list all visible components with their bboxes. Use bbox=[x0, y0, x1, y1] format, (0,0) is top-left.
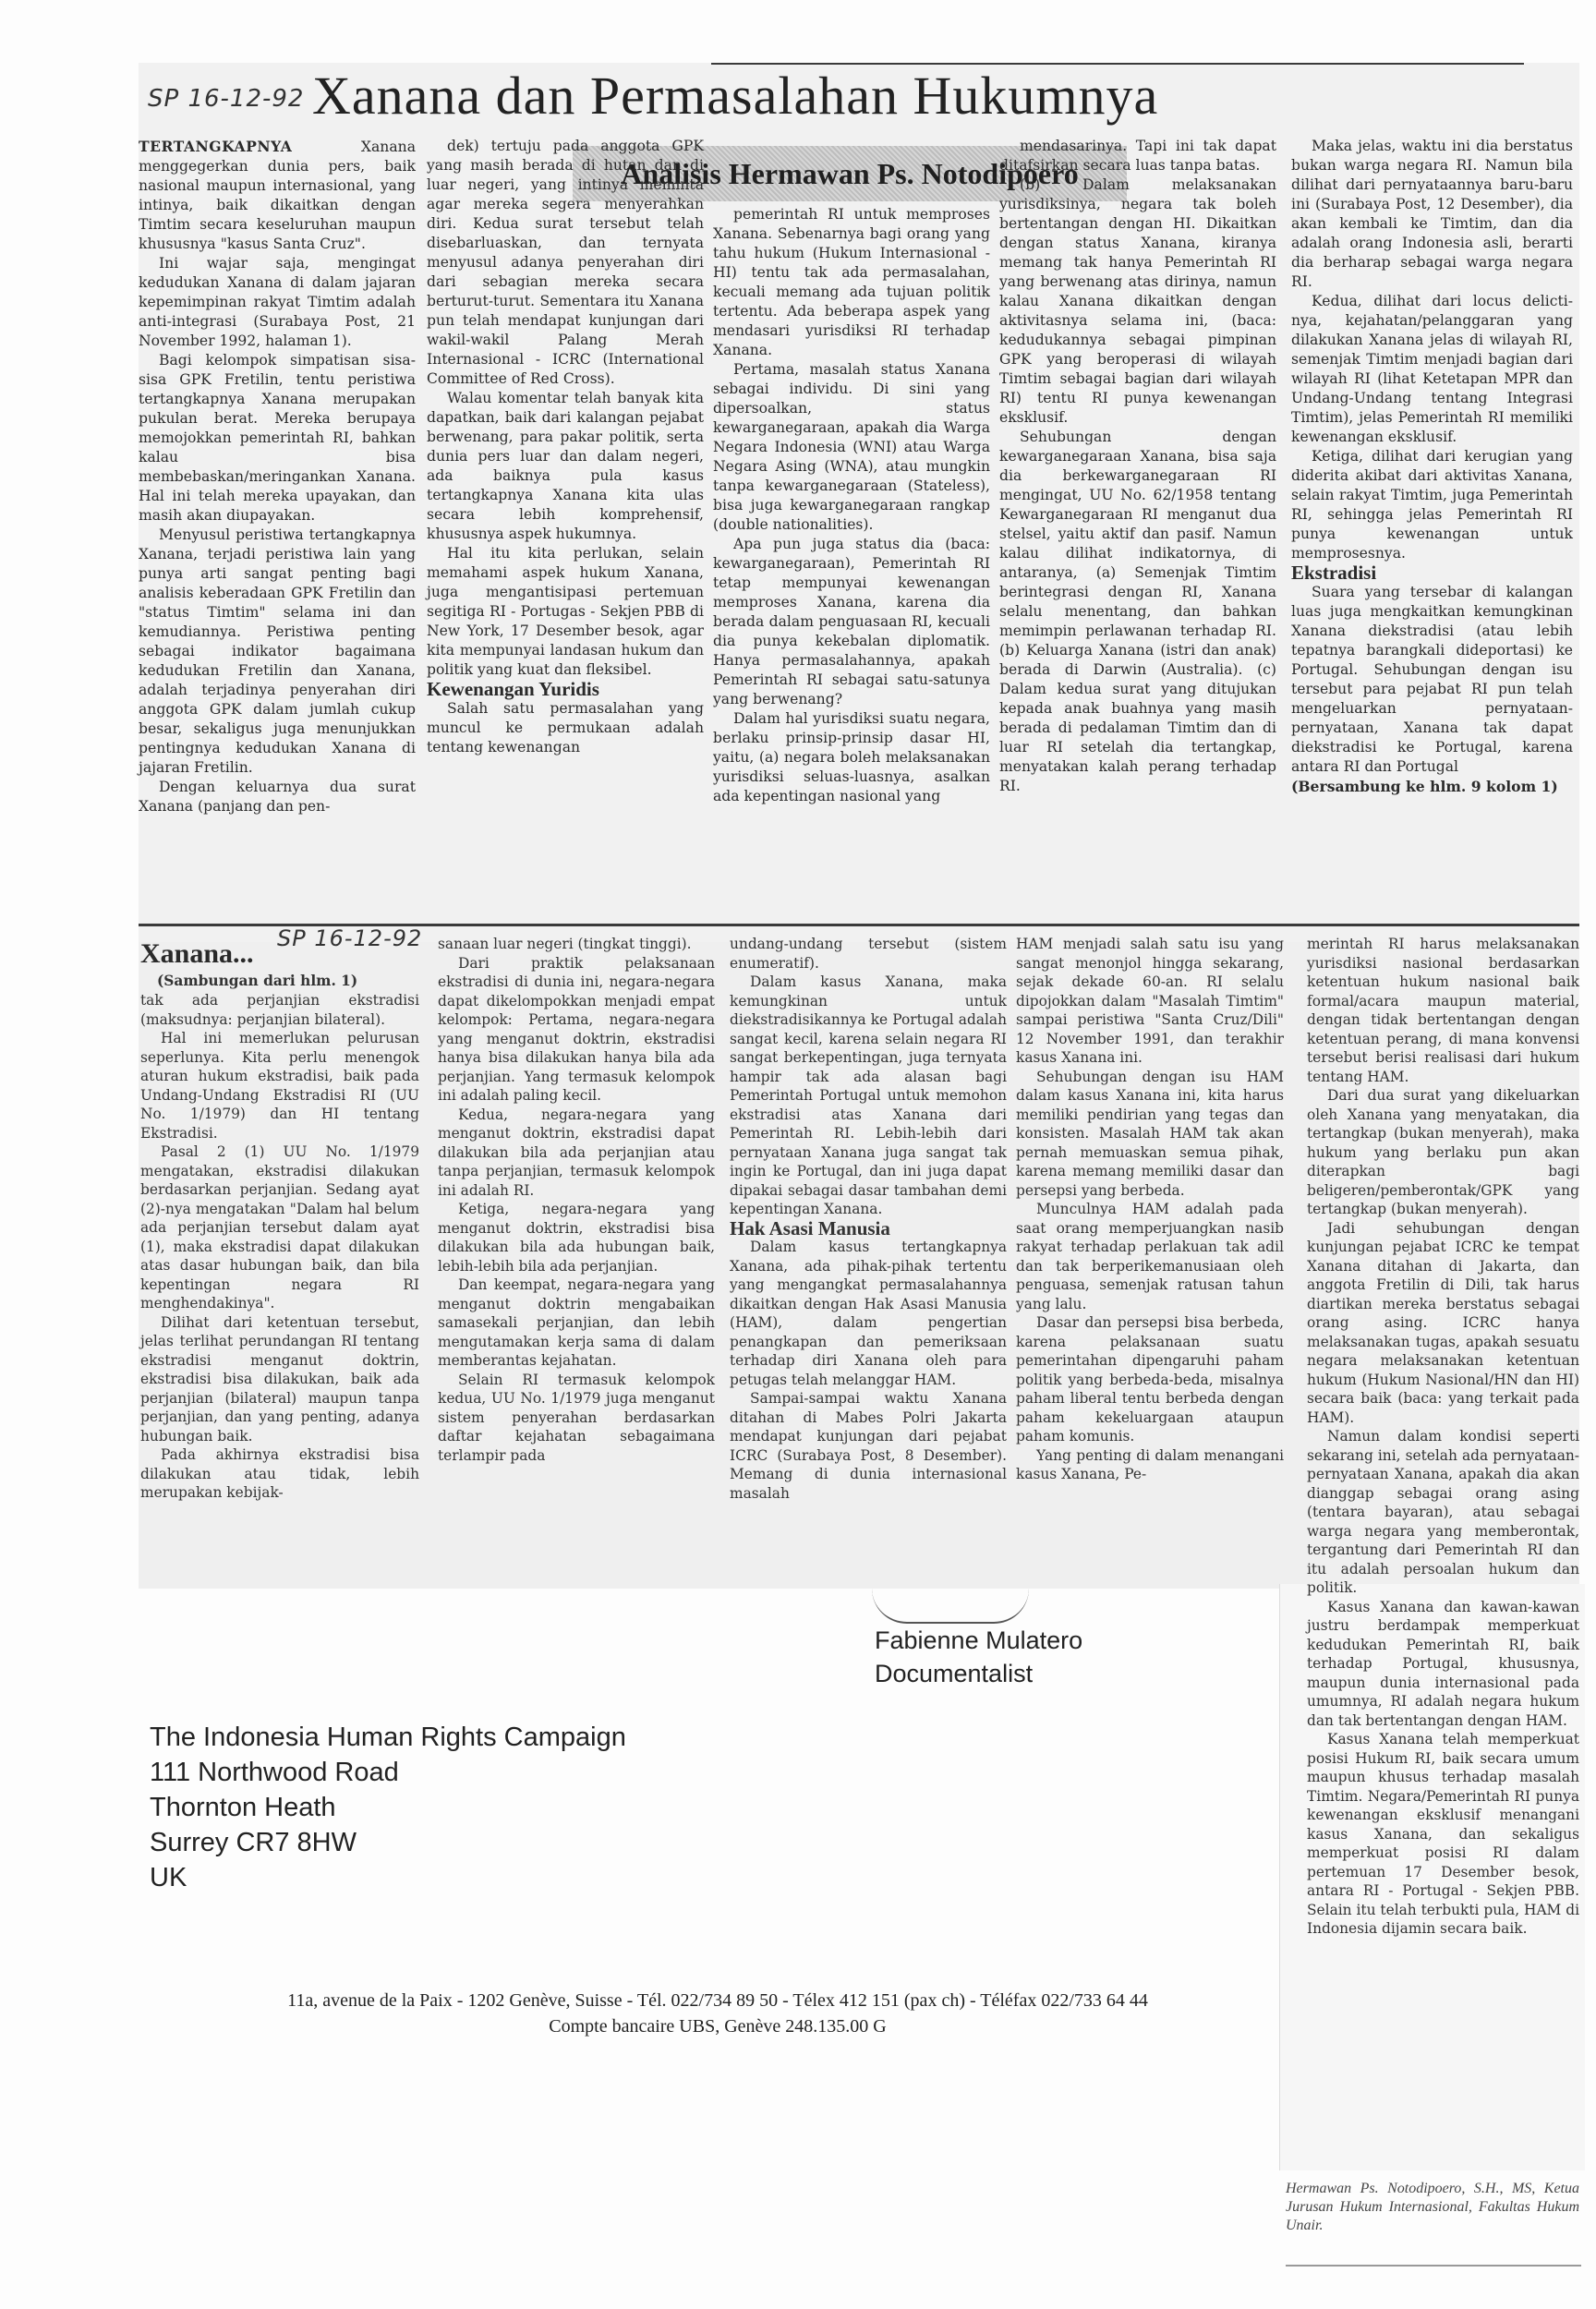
lead-word: TERTANGKAPNYA bbox=[139, 138, 292, 155]
handwritten-date-top: SP 16-12-92 bbox=[148, 85, 304, 113]
article-paragraph: Hal ini memerlukan pelurusan seperlunya.… bbox=[140, 1029, 419, 1142]
continuation-subtitle-wrap: (Sambungan dari hlm. 1) bbox=[157, 972, 425, 991]
article-column-2: dek) tertuju pada anggota GPK yang masih… bbox=[427, 137, 704, 757]
address-line-1: The Indonesia Human Rights Campaign bbox=[150, 1720, 626, 1755]
article-paragraph: Dan keempat, negara-negara yang menganut… bbox=[438, 1275, 715, 1371]
article-paragraph: Bagi kelompok simpatisan sisa-sisa GPK F… bbox=[139, 351, 416, 526]
article-paragraph: Ini wajar saja, mengingat kedudukan Xana… bbox=[139, 254, 416, 351]
continued-note: (Bersambung ke hlm. 9 kolom 1) bbox=[1291, 777, 1573, 796]
signature-block: Fabienne Mulatero Documentalist bbox=[875, 1624, 1082, 1690]
article-paragraph: merintah RI harus melaksanakan yurisdiks… bbox=[1307, 935, 1579, 1086]
article-paragraph: Dilihat dari ketentuan tersebut, jelas t… bbox=[140, 1313, 419, 1446]
section-heading: Hak Asasi Manusia bbox=[730, 1219, 1007, 1239]
article-paragraph: Kedua, negara-negara yang menganut doktr… bbox=[438, 1106, 715, 1201]
continuation-subtitle: (Sambungan dari hlm. 1) bbox=[157, 972, 425, 991]
article-paragraph: Kedua, dilihat dari locus delicti-nya, k… bbox=[1291, 292, 1573, 447]
headline: Xanana dan Permasalahan Hukumnya bbox=[312, 65, 1158, 127]
article-paragraph: Selain RI termasuk kelompok kedua, UU No… bbox=[438, 1371, 715, 1466]
section-heading: Ekstradisi bbox=[1291, 563, 1573, 583]
continuation-column-5: merintah RI harus melaksanakan yurisdiks… bbox=[1307, 935, 1579, 1939]
article-paragraph: Hal itu kita perlukan, selain memahami a… bbox=[427, 544, 704, 680]
article-paragraph: Pasal 2 (1) UU No. 1/1979 mengatakan, ek… bbox=[140, 1142, 419, 1313]
article-paragraph: Sehubungan dengan isu HAM dalam kasus Xa… bbox=[1016, 1068, 1284, 1201]
article-column-4: mendasarinya. Tapi ini tak dapat ditafsi… bbox=[999, 137, 1276, 796]
article-paragraph: Dalam hal yurisdiksi suatu negara, berla… bbox=[713, 709, 990, 806]
continuation-column-3: undang-undang tersebut (sistem enumerati… bbox=[730, 935, 1007, 1503]
article-paragraph: Jadi sehubungan dengan kunjungan pejabat… bbox=[1307, 1219, 1579, 1428]
article-paragraph: Dari praktik pelaksanaan ekstradisi di d… bbox=[438, 954, 715, 1106]
handwritten-date-continuation: SP 16-12-92 bbox=[277, 925, 422, 951]
article-column-1: TERTANGKAPNYA Xanana menggegerkan dunia … bbox=[139, 137, 416, 816]
address-line-3: Thornton Heath bbox=[150, 1790, 626, 1825]
section-heading: Kewenangan Yuridis bbox=[427, 680, 704, 699]
signature-scribble bbox=[872, 1589, 1029, 1624]
address-line-2: 111 Northwood Road bbox=[150, 1755, 626, 1790]
article-paragraph: Maka jelas, waktu ini dia berstatus buka… bbox=[1291, 137, 1573, 292]
article-paragraph: Ketiga, negara-negara yang menganut dokt… bbox=[438, 1200, 715, 1275]
article-paragraph: Menyusul peristiwa tertangkapnya Xanana,… bbox=[139, 526, 416, 778]
article-paragraph: Dasar dan persepsi bisa berbeda, karena … bbox=[1016, 1313, 1284, 1446]
article-paragraph: Namun dalam kondisi seperti sekarang ini… bbox=[1307, 1427, 1579, 1598]
article-paragraph: tak ada perjanjian ekstradisi (maksudnya… bbox=[140, 991, 419, 1029]
footer-contact-line: 11a, avenue de la Paix - 1202 Genève, Su… bbox=[150, 1988, 1286, 2013]
article-paragraph: Munculnya HAM adalah pada saat orang mem… bbox=[1016, 1200, 1284, 1313]
article-paragraph: Pada akhirnya ekstradisi bisa dilakukan … bbox=[140, 1445, 419, 1503]
article-paragraph: Dari dua surat yang dikeluarkan oleh Xan… bbox=[1307, 1086, 1579, 1219]
article-column-5: Maka jelas, waktu ini dia berstatus buka… bbox=[1291, 137, 1573, 796]
address-line-4: Surrey CR7 8HW bbox=[150, 1825, 626, 1860]
continuation-column-2: sanaan luar negeri (tingkat tinggi).Dari… bbox=[438, 935, 715, 1465]
article-paragraph: Yang penting di dalam menangani kasus Xa… bbox=[1016, 1446, 1284, 1484]
article-column-3: pemerintah RI untuk memproses Xanana. Se… bbox=[713, 205, 990, 806]
article-paragraph: undang-undang tersebut (sistem enumerati… bbox=[730, 935, 1007, 973]
article-paragraph: Kasus Xanana dan kawan-kawan justru berd… bbox=[1307, 1598, 1579, 1731]
letterhead-footer: 11a, avenue de la Paix - 1202 Genève, Su… bbox=[150, 1988, 1286, 2039]
author-rule bbox=[1286, 2265, 1581, 2267]
article-paragraph: mendasarinya. Tapi ini tak dapat ditafsi… bbox=[999, 137, 1276, 175]
continuation-column-4: HAM menjadi salah satu isu yang sangat m… bbox=[1016, 935, 1284, 1484]
continuation-column-1: tak ada perjanjian ekstradisi (maksudnya… bbox=[140, 991, 419, 1503]
article-paragraph: Suara yang tersebar di kalangan luas jug… bbox=[1291, 583, 1573, 777]
article-paragraph: HAM menjadi salah satu isu yang sangat m… bbox=[1016, 935, 1284, 1068]
article-paragraph: Apa pun juga status dia (baca: kewargane… bbox=[713, 535, 990, 709]
continuation-title: Xanana... bbox=[140, 938, 254, 970]
signature-name: Fabienne Mulatero bbox=[875, 1624, 1082, 1657]
signature-title: Documentalist bbox=[875, 1657, 1082, 1690]
article-paragraph: Dengan keluarnya dua surat Xanana (panja… bbox=[139, 778, 416, 816]
article-paragraph: Kasus Xanana telah memperkuat posisi Huk… bbox=[1307, 1730, 1579, 1939]
article-paragraph: dek) tertuju pada anggota GPK yang masih… bbox=[427, 137, 704, 389]
article-paragraph: Ketiga, dilihat dari kerugian yang dider… bbox=[1291, 447, 1573, 563]
article-paragraph: Salah satu permasalahan yang muncul ke p… bbox=[427, 699, 704, 757]
article-paragraph: Walau komentar telah banyak kita dapatka… bbox=[427, 389, 704, 544]
address-line-5: UK bbox=[150, 1860, 626, 1895]
recipient-address: The Indonesia Human Rights Campaign 111 … bbox=[150, 1720, 626, 1895]
author-note: Hermawan Ps. Notodipoero, S.H., MS, Ketu… bbox=[1286, 2180, 1579, 2235]
article-paragraph: TERTANGKAPNYA Xanana menggegerkan dunia … bbox=[139, 137, 416, 254]
article-paragraph: sanaan luar negeri (tingkat tinggi). bbox=[438, 935, 715, 954]
article-paragraph: Sehubungan dengan kewarganegaraan Xanana… bbox=[999, 428, 1276, 796]
article-paragraph: Sampai-sampai waktu Xanana ditahan di Ma… bbox=[730, 1389, 1007, 1503]
article-paragraph: Pertama, masalah status Xanana sebagai i… bbox=[713, 360, 990, 535]
article-paragraph: (b) Dalam melaksanakan yurisdiksinya, ne… bbox=[999, 175, 1276, 428]
article-paragraph: Dalam kasus tertangkapnya Xanana, ada pi… bbox=[730, 1238, 1007, 1389]
footer-bank-line: Compte bancaire UBS, Genève 248.135.00 G bbox=[150, 2013, 1286, 2039]
article-paragraph: pemerintah RI untuk memproses Xanana. Se… bbox=[713, 205, 990, 360]
article-paragraph: Dalam kasus Xanana, maka kemungkinan unt… bbox=[730, 973, 1007, 1219]
